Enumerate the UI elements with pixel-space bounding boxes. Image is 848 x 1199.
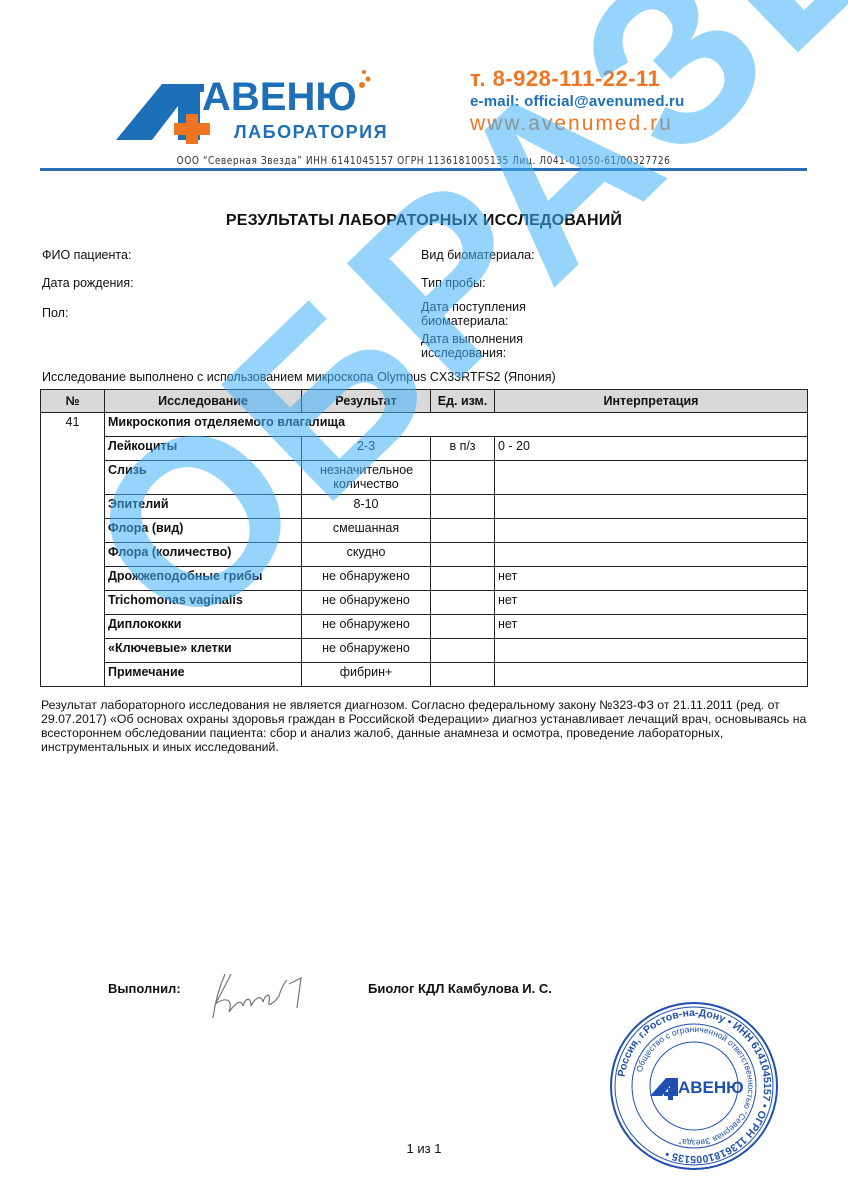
test-interpretation: 0 - 20 (495, 437, 808, 461)
received-date-line1: Дата поступления (421, 300, 526, 314)
test-unit (431, 567, 495, 591)
col-header-interpretation: Интерпретация (495, 390, 808, 413)
signer-name: Биолог КДЛ Камбулова И. С. (368, 981, 552, 996)
test-unit (431, 519, 495, 543)
group-number: 41 (41, 413, 105, 687)
col-header-number: № (41, 390, 105, 413)
test-interpretation (495, 543, 808, 567)
performed-by-label: Выполнил: (108, 981, 181, 996)
test-interpretation (495, 461, 808, 495)
test-interpretation: нет (495, 591, 808, 615)
test-result: 8-10 (302, 495, 431, 519)
performed-date-label: Дата выполнения исследования: (421, 332, 523, 360)
results-table: № Исследование Результат Ед. изм. Интерп… (40, 389, 808, 687)
test-unit (431, 591, 495, 615)
svg-text:АВЕНЮ: АВЕНЮ (202, 75, 357, 119)
test-result: смешанная (302, 519, 431, 543)
test-interpretation (495, 519, 808, 543)
test-interpretation (495, 495, 808, 519)
table-row: «Ключевые» клеткине обнаружено (41, 639, 808, 663)
company-logo: АВЕНЮ ЛАБОРАТОРИЯ (112, 62, 442, 144)
table-row: Дрожжеподобные грибыне обнаруженонет (41, 567, 808, 591)
handwritten-signature-icon (205, 968, 335, 1023)
disclaimer-text: Результат лабораторного исследования не … (41, 698, 811, 754)
microscope-note: Исследование выполнено с использованием … (42, 370, 556, 384)
table-row: Диплококкине обнаруженонет (41, 615, 808, 639)
test-name: Флора (количество) (105, 543, 302, 567)
col-header-result: Результат (302, 390, 431, 413)
registration-details: ООО “Северная Звезда” ИНН 6141045157 ОГР… (94, 155, 754, 167)
col-header-test: Исследование (105, 390, 302, 413)
email-address[interactable]: e-mail: official@avenumed.ru (470, 92, 730, 112)
table-row: Флора (количество)скудно (41, 543, 808, 567)
test-name: «Ключевые» клетки (105, 639, 302, 663)
page-number: 1 из 1 (0, 1141, 848, 1156)
header-divider (40, 168, 807, 171)
table-row: Trichomonas vaginalisне обнаруженонет (41, 591, 808, 615)
col-header-unit: Ед. изм. (431, 390, 495, 413)
test-name: Примечание (105, 663, 302, 687)
table-row: Флора (вид)смешанная (41, 519, 808, 543)
svg-text:АВЕНЮ: АВЕНЮ (678, 1078, 744, 1097)
performed-date-line2: исследования: (421, 346, 523, 360)
test-result: не обнаружено (302, 567, 431, 591)
test-unit (431, 543, 495, 567)
table-group-row: 41 Микроскопия отделяемого влагалища (41, 413, 808, 437)
website-link[interactable]: www.avenumed.ru (470, 112, 730, 136)
test-result: не обнаружено (302, 591, 431, 615)
test-name: Флора (вид) (105, 519, 302, 543)
group-name: Микроскопия отделяемого влагалища (105, 413, 808, 437)
test-name: Диплококки (105, 615, 302, 639)
test-interpretation: нет (495, 615, 808, 639)
test-unit: в п/з (431, 437, 495, 461)
phone-number: т. 8-928-111-22-11 (470, 66, 730, 92)
test-result: не обнаружено (302, 615, 431, 639)
table-header-row: № Исследование Результат Ед. изм. Интерп… (41, 390, 808, 413)
test-name: Слизь (105, 461, 302, 495)
svg-text:ЛАБОРАТОРИЯ: ЛАБОРАТОРИЯ (234, 122, 388, 142)
received-date-line2: биоматериала: (421, 314, 526, 328)
test-result: скудно (302, 543, 431, 567)
test-unit (431, 663, 495, 687)
test-name: Дрожжеподобные грибы (105, 567, 302, 591)
performed-date-line1: Дата выполнения (421, 332, 523, 346)
sex-label: Пол: (42, 306, 68, 320)
sample-type-label: Тип пробы: (421, 276, 486, 290)
aveniu-logo-icon: АВЕНЮ ЛАБОРАТОРИЯ (112, 62, 442, 144)
table-row: Лейкоциты2-3в п/з0 - 20 (41, 437, 808, 461)
table-row: Примечаниефибрин+ (41, 663, 808, 687)
test-interpretation: нет (495, 567, 808, 591)
test-name: Лейкоциты (105, 437, 302, 461)
page-title: РЕЗУЛЬТАТЫ ЛАБОРАТОРНЫХ ИССЛЕДОВАНИЙ (0, 212, 848, 230)
birth-date-label: Дата рождения: (42, 276, 134, 290)
test-result: фибрин+ (302, 663, 431, 687)
patient-name-label: ФИО пациента: (42, 248, 131, 262)
table-row: Слизьнезначительное количество (41, 461, 808, 495)
test-unit (431, 461, 495, 495)
test-interpretation (495, 663, 808, 687)
contacts-block: т. 8-928-111-22-11 e-mail: official@aven… (470, 66, 730, 136)
received-date-label: Дата поступления биоматериала: (421, 300, 526, 328)
test-result: незначительное количество (302, 461, 431, 495)
table-row: Эпителий8-10 (41, 495, 808, 519)
test-result: не обнаружено (302, 639, 431, 663)
test-name: Эпителий (105, 495, 302, 519)
test-unit (431, 495, 495, 519)
biomaterial-type-label: Вид биоматериала: (421, 248, 535, 262)
test-result: 2-3 (302, 437, 431, 461)
test-unit (431, 639, 495, 663)
test-interpretation (495, 639, 808, 663)
test-unit (431, 615, 495, 639)
test-name: Trichomonas vaginalis (105, 591, 302, 615)
